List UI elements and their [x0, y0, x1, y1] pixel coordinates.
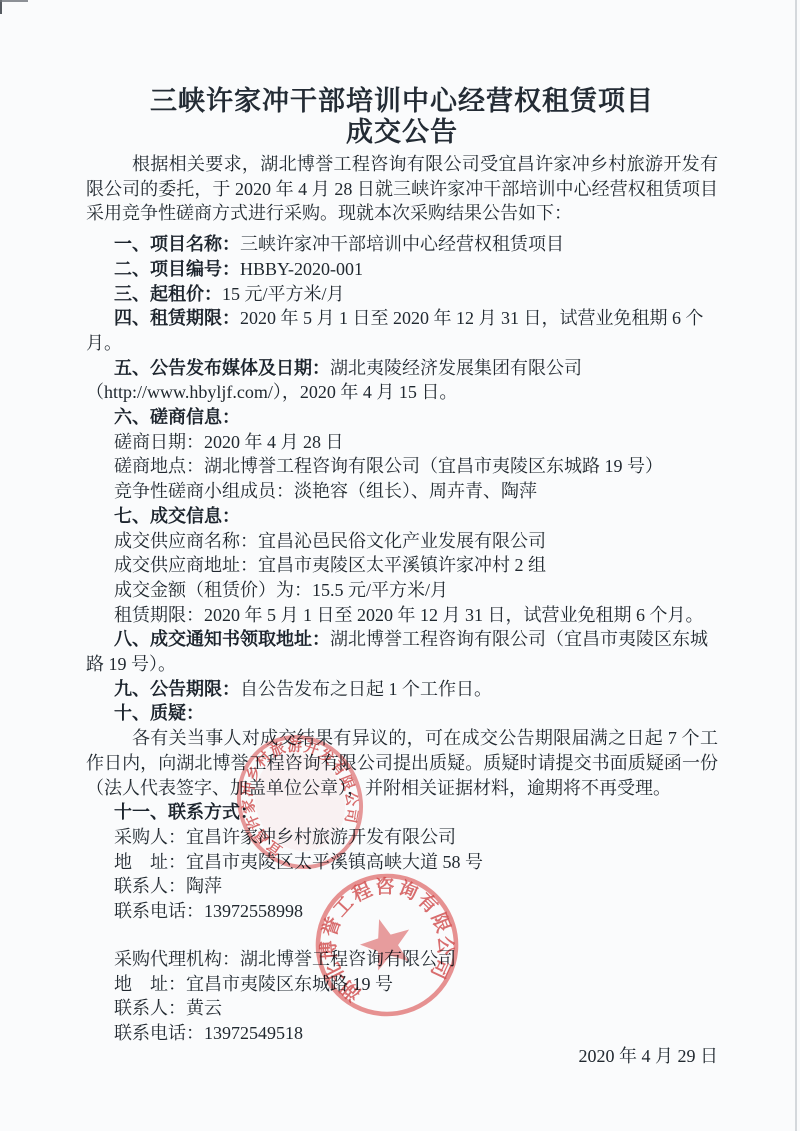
- purchaser-phone: 联系电话：13972558998: [86, 899, 718, 924]
- heading-contact-info: 十一、联系方式：: [86, 800, 718, 825]
- heading-deal-info: 七、成交信息：: [86, 504, 718, 529]
- deal-supplier-address: 成交供应商地址：宜昌市夷陵区太平溪镇许家冲村 2 组: [86, 553, 718, 578]
- objection-paragraph: 各有关当事人对成交结果有异议的，可在成交公告期限届满之日起 7 个工作日内，向湖…: [86, 726, 718, 800]
- numbered-items: 一、项目名称：三峡许家冲干部培训中心经营权租赁项目 二、项目编号：HBBY-20…: [86, 232, 718, 726]
- deal-lease-term: 租赁期限：2020 年 5 月 1 日至 2020 年 12 月 31 日，试营…: [86, 603, 718, 628]
- scanned-announcement-page: 三峡许家冲干部培训中心经营权租赁项目 成交公告 根据相关要求，湖北博誉工程咨询有…: [0, 0, 800, 1131]
- heading-objection: 十、质疑：: [86, 701, 718, 726]
- purchaser-address: 地 址：宜昌市夷陵区太平溪镇高峡大道 58 号: [86, 850, 718, 875]
- deal-supplier-name: 成交供应商名称：宜昌沁邑民俗文化产业发展有限公司: [86, 529, 718, 554]
- purchaser-contact-block: 采购人：宜昌许家冲乡村旅游开发有限公司 地 址：宜昌市夷陵区太平溪镇高峡大道 5…: [86, 825, 718, 924]
- scan-edge-line-right: [795, 0, 797, 1131]
- agency-contact-block: 采购代理机构：湖北博誉工程咨询有限公司 地 址：宜昌市夷陵区东城路 19 号 联…: [86, 947, 718, 1046]
- item-announcement-period: 九、公告期限：自公告发布之日起 1 个工作日。: [86, 677, 718, 702]
- scan-edge-mark-top: [0, 0, 28, 2]
- agency-address: 地 址：宜昌市夷陵区东城路 19 号: [86, 972, 718, 997]
- signature-date: 2020 年 4 月 29 日: [86, 1044, 718, 1069]
- item-starting-rent: 三、起租价：15 元/平方米/月: [86, 282, 718, 307]
- negotiation-place: 磋商地点：湖北博誉工程咨询有限公司（宜昌市夷陵区东城路 19 号）: [86, 454, 718, 479]
- item-project-number: 二、项目编号：HBBY-2020-001: [86, 257, 718, 282]
- item-notice-pickup: 八、成交通知书领取地址：湖北博誉工程咨询有限公司（宜昌市夷陵区东城路 19 号）…: [86, 627, 718, 676]
- document-body: 三峡许家冲干部培训中心经营权租赁项目 成交公告 根据相关要求，湖北博誉工程咨询有…: [86, 86, 718, 1068]
- intro-paragraph: 根据相关要求，湖北博誉工程咨询有限公司受宜昌许家冲乡村旅游开发有限公司的委托，于…: [86, 152, 718, 226]
- title-line-2: 成交公告: [86, 117, 718, 148]
- negotiation-date: 磋商日期：2020 年 4 月 28 日: [86, 430, 718, 455]
- agency-contact-person: 联系人：黄云: [86, 996, 718, 1021]
- agency-name: 采购代理机构：湖北博誉工程咨询有限公司: [86, 947, 718, 972]
- item-announcement-media: 五、公告发布媒体及日期：湖北夷陵经济发展集团有限公司（http://www.hb…: [86, 356, 718, 405]
- item-lease-term: 四、租赁期限：2020 年 5 月 1 日至 2020 年 12 月 31 日，…: [86, 306, 718, 355]
- purchaser-contact-person: 联系人：陶萍: [86, 874, 718, 899]
- scan-edge-mark-topleft: [0, 0, 2, 14]
- deal-amount: 成交金额（租赁价）为：15.5 元/平方米/月: [86, 578, 718, 603]
- item-project-name: 一、项目名称：三峡许家冲干部培训中心经营权租赁项目: [86, 232, 718, 257]
- page-title: 三峡许家冲干部培训中心经营权租赁项目 成交公告: [86, 86, 718, 148]
- purchaser-name: 采购人：宜昌许家冲乡村旅游开发有限公司: [86, 825, 718, 850]
- agency-phone: 联系电话：13972549518: [86, 1021, 718, 1046]
- negotiation-panel: 竞争性磋商小组成员：淡艳容（组长）、周卉青、陶萍: [86, 479, 718, 504]
- heading-negotiation-info: 六、磋商信息：: [86, 405, 718, 430]
- title-line-1: 三峡许家冲干部培训中心经营权租赁项目: [86, 86, 718, 117]
